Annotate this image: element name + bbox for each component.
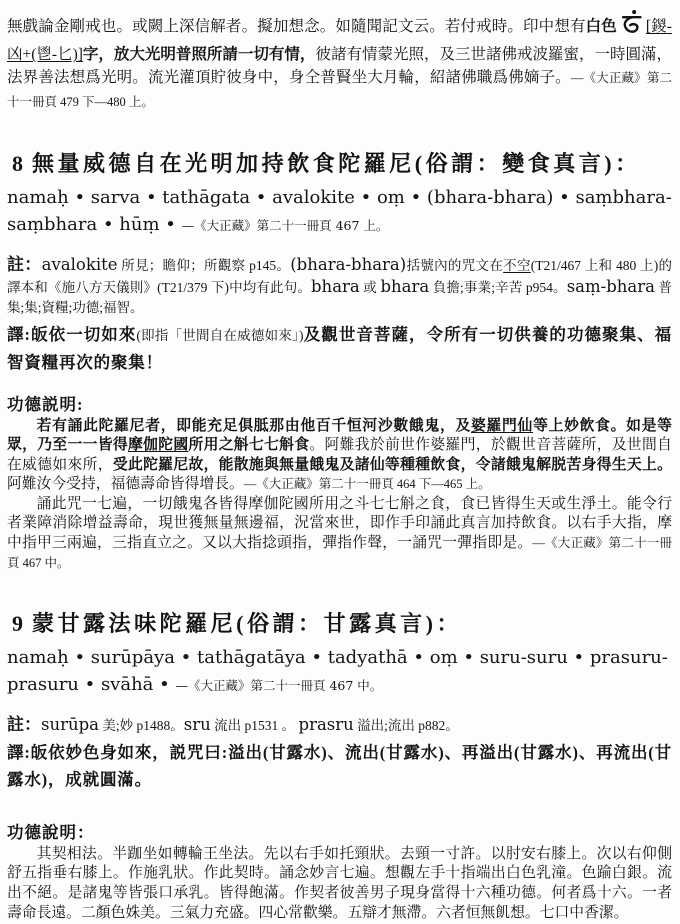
gongde-heading-8: 功德説明:: [7, 391, 672, 415]
gongde-8-para-2: 誦此咒一七遍，一切餓鬼各皆得摩伽陀國所用之斗七七斛之食，食已皆得生天或生淨土。能…: [7, 495, 672, 573]
section-number: 8: [12, 151, 23, 176]
section-title: 蒙甘露法味陀羅尼(俗謂：甘露真言)：: [32, 611, 462, 636]
sanskrit-term: prasru: [299, 715, 354, 734]
translation-label: 譯:: [7, 325, 31, 344]
note-text: 或: [360, 280, 381, 295]
translation-text: 皈依一切如來: [31, 325, 137, 344]
underlined-term: 婆羅門仙: [471, 418, 533, 434]
note-text: 流出 p1531 。: [211, 718, 299, 733]
sanskrit-term: sru: [184, 715, 211, 734]
citation: —《大正藏》第二十一冊頁 464 下—465 上。: [244, 477, 491, 491]
scanned-page: 無戲論金剛戒也。或闕上深信解者。擬加想念。如隨聞記文云。若付戒時。印中想有白色[…: [0, 0, 680, 924]
note-9: 註：surūpa 美;妙 p1488。sru 流出 p1531 。 prasru…: [7, 715, 672, 737]
underlined-term: 不空: [503, 258, 531, 273]
note-text: 溢出;流出 p882。: [354, 718, 459, 733]
note-text: 所見；瞻仰；所觀察 p145。: [118, 258, 291, 273]
note-label: 註：: [7, 715, 41, 734]
note-text: 負擔;事業;辛苦 p954。: [429, 280, 566, 295]
section-title: 無量威德自在光明加持飲食陀羅尼(俗謂：變食真言)：: [32, 151, 641, 176]
siddham-vam-icon: [620, 9, 643, 43]
note-8: 註：avalokite 所見；瞻仰；所觀察 p145。(bhara-bhara)…: [7, 255, 672, 319]
note-text: 括號內的咒文在: [406, 258, 503, 273]
mantra-9: namaḥ • surūpāya • tathāgatāya • tadyath…: [7, 644, 672, 699]
sanskrit-term: (bhara-bhara): [290, 255, 406, 274]
body-text: 阿難汝今受持，福德壽命皆得增長。: [7, 476, 244, 492]
intro-text: 無戲論金剛戒也。或闕上深信解者。擬加想念。如隨聞記文云。若付戒時。印中想有: [7, 18, 586, 35]
bold-text: 字，放大光明普照所請一切有情，: [83, 46, 316, 63]
underlined-term: 摩伽陀國: [128, 437, 188, 453]
translation-text: 皈依妙色身如來，説咒曰:溢出(甘露水)、流出(甘露水)、再溢出(甘露水)、再流出…: [7, 743, 672, 789]
gongde-heading-9: 功德說明：: [7, 819, 672, 843]
bold-term-white: 白色: [586, 18, 617, 35]
note-label: 註：: [7, 255, 42, 274]
sanskrit-term: bhara: [380, 277, 429, 296]
bold-text: 所用之斛七七斛食: [188, 437, 309, 453]
section-9-heading: 9蒙甘露法味陀羅尼(俗謂：甘露真言)：: [12, 607, 672, 638]
mantra-8: namaḥ • sarva • tathāgata • avalokite • …: [7, 184, 672, 239]
intro-paragraph: 無戲論金剛戒也。或闕上深信解者。擬加想念。如隨聞記文云。若付戒時。印中想有白色[…: [7, 9, 672, 114]
bold-text: 若有誦此陀羅尼者，即能充足俱胝那由他百千恒河沙數餓鬼，及: [37, 418, 471, 434]
section-number: 9: [12, 611, 23, 636]
citation: —《大正藏》第二十一冊頁 467 上。: [182, 218, 389, 233]
gongde-9-para-1: 其契相法。半跏坐如轉輪王坐法。先以右手如托頸狀。去頸一寸許。以肘安右膝上。次以右…: [7, 845, 672, 923]
translation-9: 譯:皈依妙色身如來，説咒曰:溢出(甘露水)、流出(甘露水)、再溢出(甘露水)、再…: [7, 739, 672, 793]
sanskrit-term: saṃ-bhara: [567, 277, 655, 296]
sanskrit-term: bhara: [311, 277, 360, 296]
sanskrit-term: avalokite: [42, 255, 118, 274]
section-8-heading: 8無量威德自在光明加持飲食陀羅尼(俗謂：變食真言)：: [12, 147, 672, 178]
gongde-8-para-1: 若有誦此陀羅尼者，即能充足俱胝那由他百千恒河沙數餓鬼，及婆羅門仙等上妙飲食。如是…: [7, 417, 672, 495]
sanskrit-term: surūpa: [41, 715, 99, 734]
bold-text: 受此陀羅尼故，能散施與無量餓鬼及諸仙等種種飲食，令諸餓鬼解脱苦身得生天上。: [113, 457, 672, 473]
note-text: 美;妙 p1488。: [99, 718, 184, 733]
citation: —《大正藏》第二十一冊頁 467 中。: [175, 678, 382, 693]
translation-8: 譯:皈依一切如來(即指「世間自在威德如來」)及觀世音菩薩，令所有一切供養的功德聚…: [7, 321, 672, 376]
translation-gloss: (即指「世間自在威德如來」): [136, 328, 303, 343]
translation-label: 譯:: [7, 743, 31, 762]
